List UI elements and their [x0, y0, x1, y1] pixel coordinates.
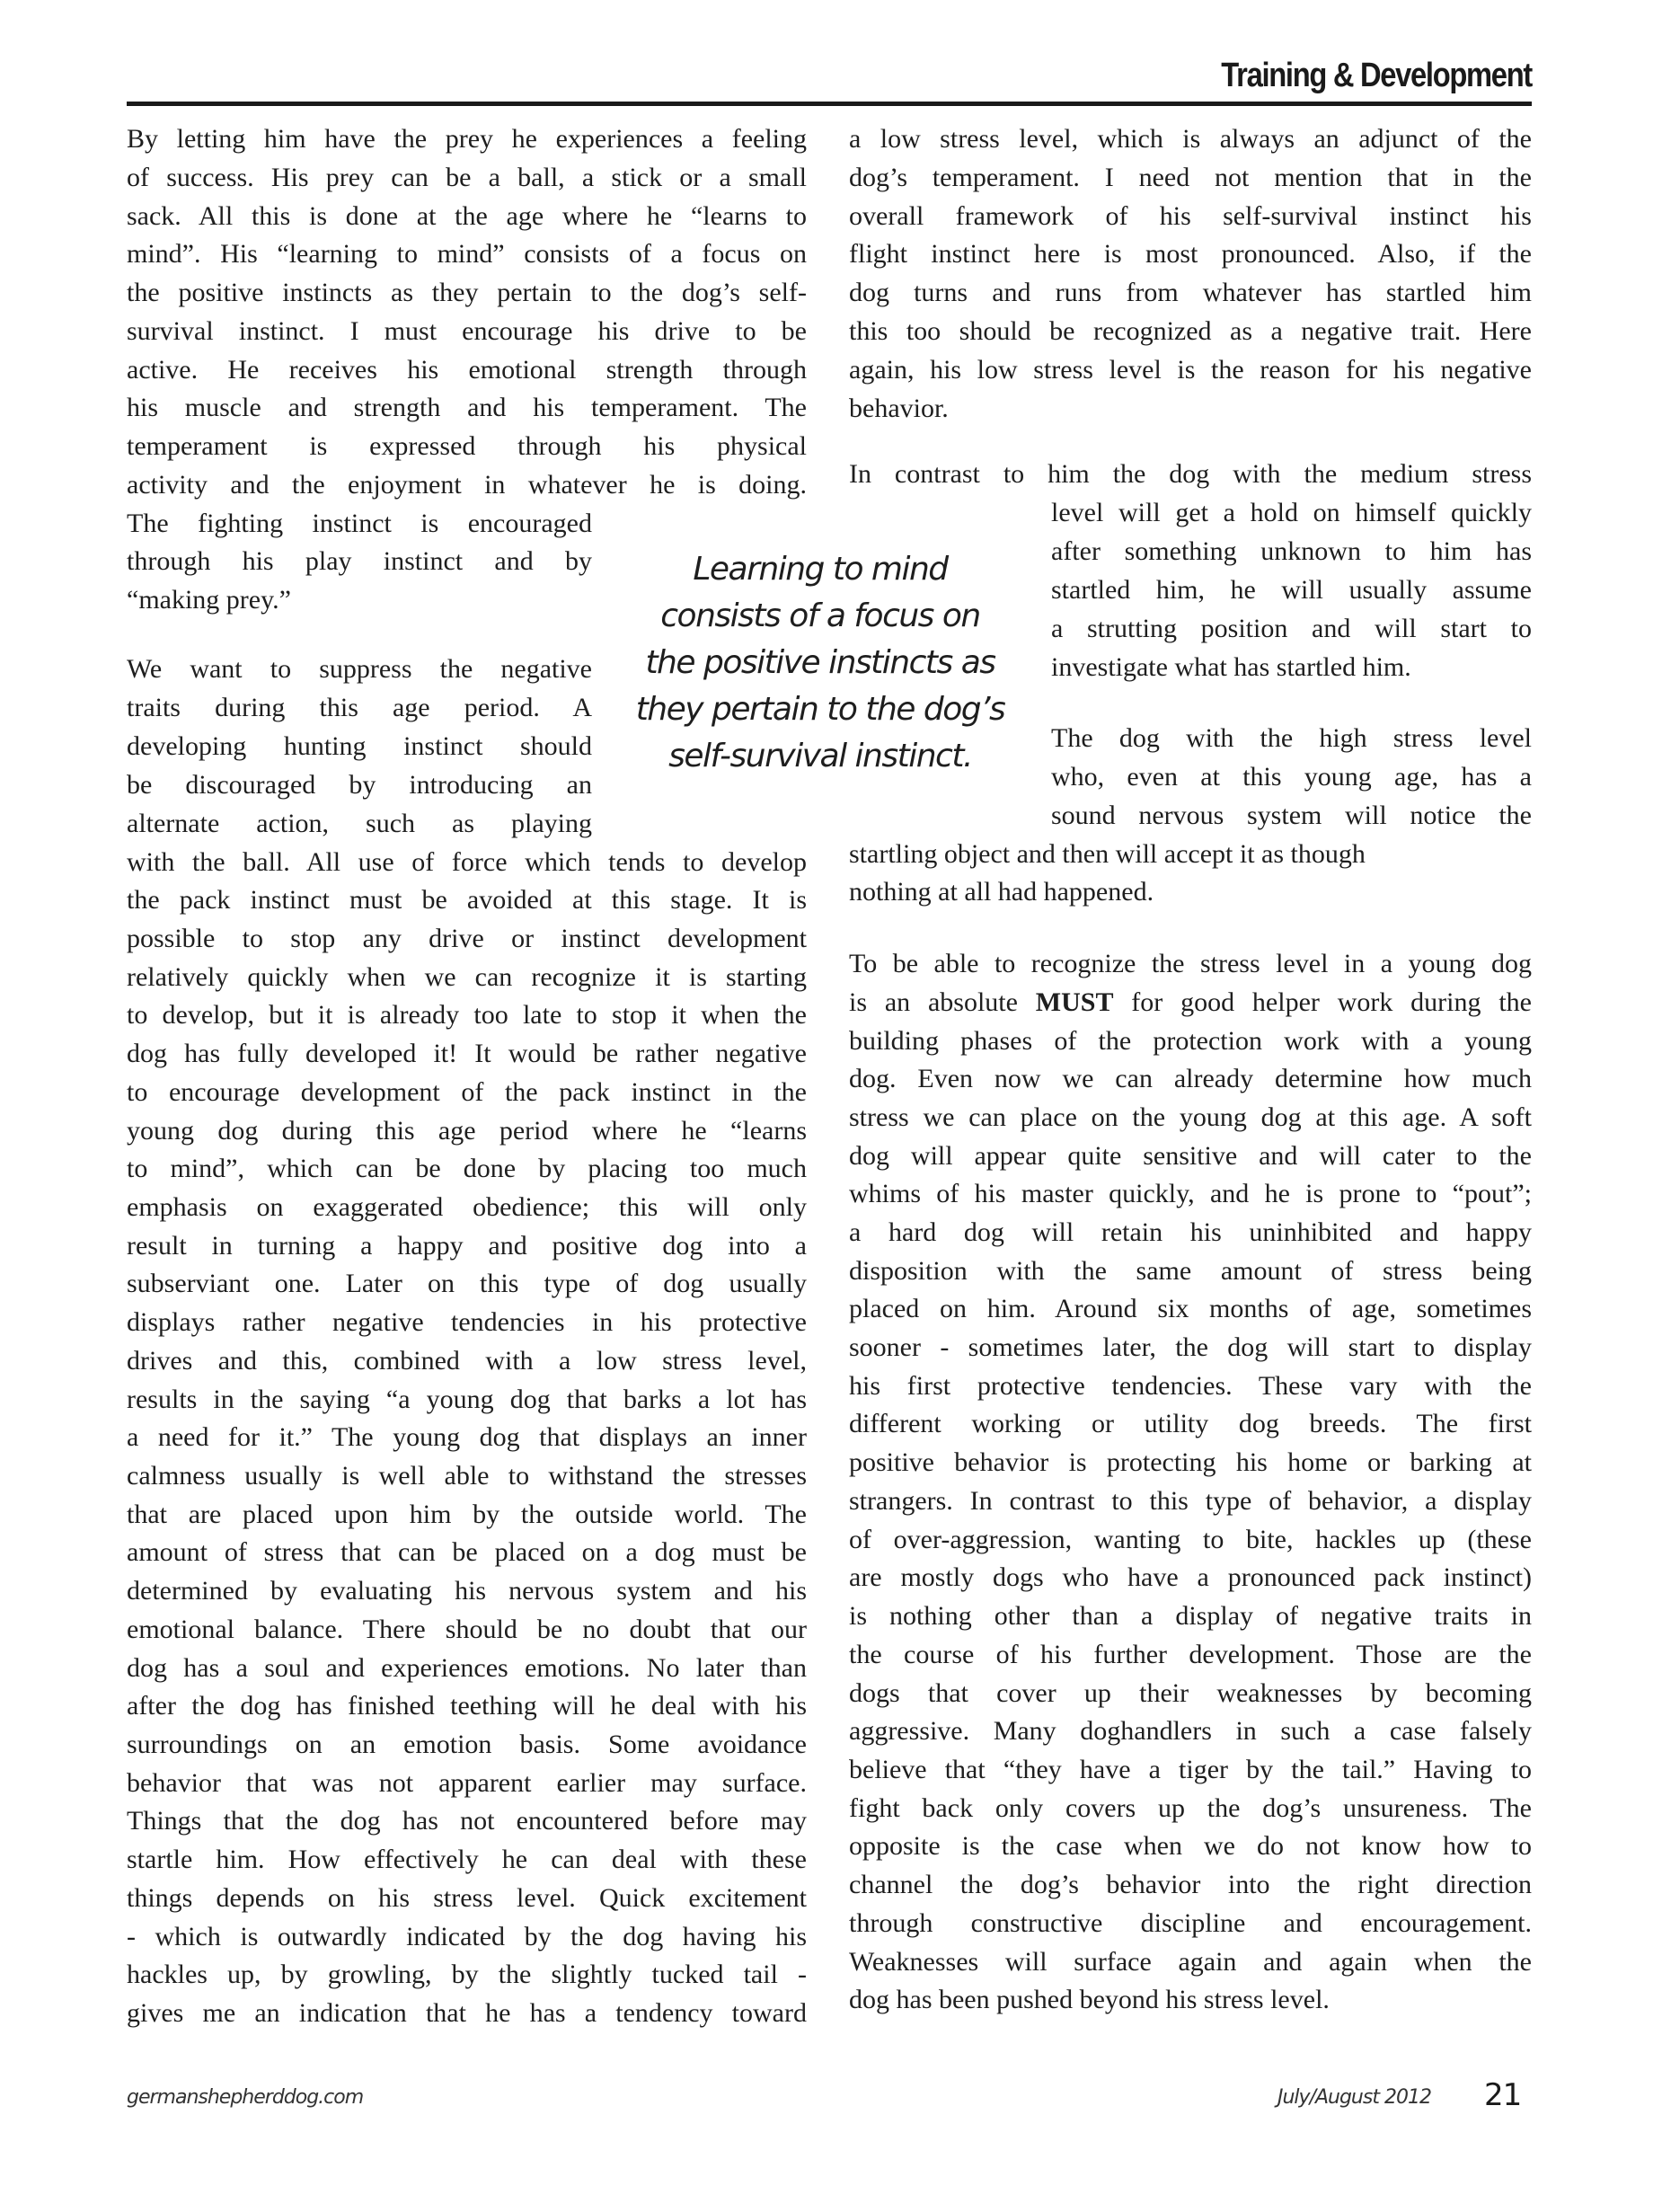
- text-line: Things that the dog has not encountered …: [127, 1802, 807, 1840]
- text-line: dog has fully developed it! It would be …: [127, 1035, 807, 1073]
- text-line: - which is outwardly indicated by the do…: [127, 1918, 807, 1956]
- text-line: of over-aggression, wanting to bite, hac…: [849, 1521, 1532, 1559]
- text-line: activity and the enjoyment in whatever h…: [127, 466, 807, 504]
- text-line: survival instinct. I must encourage his …: [127, 313, 807, 350]
- text-line: overall framework of his self-survival i…: [849, 198, 1532, 235]
- text-line: amount of stress that can be placed on a…: [127, 1534, 807, 1571]
- text-line: disposition with the same amount of stre…: [849, 1252, 1532, 1290]
- pull-quote-line: they pertain to the dog’s: [629, 686, 1012, 733]
- text-line: developing hunting instinct should: [127, 728, 592, 765]
- text-line: the course of his further development. T…: [849, 1636, 1532, 1674]
- text-line: strangers. In contrast to this type of b…: [849, 1482, 1532, 1520]
- text-line: sooner - sometimes later, the dog will s…: [849, 1329, 1532, 1367]
- text-line: is nothing other than a display of negat…: [849, 1597, 1532, 1635]
- text-line: who, even at this young age, has a: [1051, 758, 1532, 796]
- text-line: his first protective tendencies. These v…: [849, 1367, 1532, 1405]
- pull-quote-line: Learning to mind: [629, 546, 1012, 593]
- text-line: calmness usually is well able to withsta…: [127, 1457, 807, 1495]
- text-line: relatively quickly when we can recognize…: [127, 959, 807, 996]
- text-line: subserviant one. Later on this type of d…: [127, 1265, 807, 1303]
- text-line: possible to stop any drive or instinct d…: [127, 920, 807, 958]
- text-line: with the ball. All use of force which te…: [127, 844, 807, 881]
- text-line: opposite is the case when we do not know…: [849, 1827, 1532, 1865]
- text-line: By letting him have the prey he experien…: [127, 120, 807, 158]
- text-line: the positive instincts as they pertain t…: [127, 274, 807, 312]
- text-line: nothing at all had happened.: [849, 873, 1532, 911]
- text-line: flight instinct here is most pronounced.…: [849, 235, 1532, 273]
- text-line: drives and this, combined with a low str…: [127, 1342, 807, 1380]
- text-line: dog. Even now we can already determine h…: [849, 1060, 1532, 1098]
- text-line: stress we can place on the young dog at …: [849, 1099, 1532, 1137]
- text-line: aggressive. Many doghandlers in such a c…: [849, 1712, 1532, 1750]
- text-line: placed on him. Around six months of age,…: [849, 1290, 1532, 1328]
- footer-website: germanshepherddog.com: [127, 2086, 363, 2109]
- text-line: of success. His prey can be a ball, a st…: [127, 159, 807, 197]
- text-line: whims of his master quickly, and he is p…: [849, 1175, 1532, 1213]
- text-line: “making prey.”: [127, 581, 592, 619]
- text-line: building phases of the protection work w…: [849, 1022, 1532, 1060]
- text-line: behavior that was not apparent earlier m…: [127, 1765, 807, 1802]
- text-line: sound nervous system will notice the: [1051, 797, 1532, 835]
- text-line: a need for it.” The young dog that displ…: [127, 1419, 807, 1456]
- text-line: emphasis on exaggerated obedience; this …: [127, 1189, 807, 1226]
- text-line: We want to suppress the negative: [127, 650, 592, 688]
- text-line: is an absolute MUST for good helper work…: [849, 984, 1532, 1022]
- text-line: gives me an indication that he has a ten…: [127, 1995, 807, 2032]
- text-line: startled him, he will usually assume: [1051, 571, 1532, 609]
- text-line: a hard dog will retain his uninhibited a…: [849, 1214, 1532, 1252]
- text-line: again, his low stress level is the reaso…: [849, 351, 1532, 389]
- pull-quote-line: consists of a focus on: [629, 593, 1012, 640]
- text-line: emotional balance. There should be no do…: [127, 1611, 807, 1649]
- text-line: fight back only covers up the dog’s unsu…: [849, 1790, 1532, 1827]
- text-line: after something unknown to him has: [1051, 533, 1532, 571]
- text-line: this too should be recognized as a negat…: [849, 313, 1532, 350]
- text-line: dog will appear quite sensitive and will…: [849, 1137, 1532, 1175]
- text-line: dog turns and runs from whatever has sta…: [849, 274, 1532, 312]
- text-line: be discouraged by introducing an: [127, 766, 592, 804]
- text-line: a low stress level, which is always an a…: [849, 120, 1532, 158]
- text-line: startle him. How effectively he can deal…: [127, 1841, 807, 1879]
- text-line: a strutting position and will start to: [1051, 610, 1532, 648]
- text-line: sack. All this is done at the age where …: [127, 198, 807, 235]
- text-line: mind”. His “learning to mind” consists o…: [127, 235, 807, 273]
- text-line: result in turning a happy and positive d…: [127, 1227, 807, 1265]
- text-line: alternate action, such as playing: [127, 805, 592, 843]
- text-line: results in the saying “a young dog that …: [127, 1381, 807, 1419]
- text-line: young dog during this age period where h…: [127, 1112, 807, 1150]
- emphasis-text: MUST: [1036, 987, 1114, 1017]
- text-line: are mostly dogs who have a pronounced pa…: [849, 1559, 1532, 1597]
- header-rule: [127, 102, 1532, 106]
- text-line: dog has been pushed beyond his stress le…: [849, 1981, 1532, 2019]
- pull-quote-line: self-survival instinct.: [629, 733, 1012, 780]
- text-line: to develop, but it is already too late t…: [127, 996, 807, 1034]
- pull-quote-line: the positive instincts as: [629, 640, 1012, 686]
- page-number: 21: [1484, 2077, 1521, 2113]
- text-line: To be able to recognize the stress level…: [849, 945, 1532, 983]
- text-line: temperament is expressed through his phy…: [127, 428, 807, 465]
- text-line: different working or utility dog breeds.…: [849, 1405, 1532, 1443]
- text-line: traits during this age period. A: [127, 689, 592, 727]
- text-line: surroundings on an emotion basis. Some a…: [127, 1726, 807, 1764]
- text-line: In contrast to him the dog with the medi…: [849, 456, 1532, 493]
- text-line: the pack instinct must be avoided at thi…: [127, 881, 807, 919]
- footer-issue-date: July/August 2012: [1277, 2086, 1431, 2109]
- text-line: dogs that cover up their weaknesses by b…: [849, 1675, 1532, 1712]
- text-line: to encourage development of the pack ins…: [127, 1074, 807, 1111]
- text-line: displays rather negative tendencies in h…: [127, 1304, 807, 1341]
- text-line: believe that “they have a tiger by the t…: [849, 1751, 1532, 1789]
- text-line: things depends on his stress level. Quic…: [127, 1880, 807, 1917]
- text-line: hackles up, by growling, by the slightly…: [127, 1956, 807, 1994]
- pull-quote: Learning to mind consists of a focus on …: [629, 546, 1012, 780]
- text-line: active. He receives his emotional streng…: [127, 351, 807, 389]
- text-line: level will get a hold on himself quickly: [1051, 494, 1532, 532]
- text-line: The dog with the high stress level: [1051, 720, 1532, 757]
- text-line: channel the dog’s behavior into the righ…: [849, 1866, 1532, 1904]
- text-line: his muscle and strength and his temperam…: [127, 389, 807, 427]
- text-line: determined by evaluating his nervous sys…: [127, 1572, 807, 1610]
- text-line: startling object and then will accept it…: [849, 836, 1532, 873]
- text-line: The fighting instinct is encouraged: [127, 505, 592, 543]
- text-line: dog’s temperament. I need not mention th…: [849, 159, 1532, 197]
- text-line: positive behavior is protecting his home…: [849, 1444, 1532, 1482]
- section-title: Training & Development: [1221, 54, 1532, 97]
- text-line: that are placed upon him by the outside …: [127, 1496, 807, 1534]
- text-line: after the dog has finished teething will…: [127, 1687, 807, 1725]
- text-line: behavior.: [849, 390, 1532, 428]
- text-line: through his play instinct and by: [127, 543, 592, 580]
- text-line: dog has a soul and experiences emotions.…: [127, 1650, 807, 1687]
- text-line: through constructive discipline and enco…: [849, 1905, 1532, 1942]
- text-line: Weaknesses will surface again and again …: [849, 1943, 1532, 1981]
- magazine-page: Training & Development By letting him ha…: [0, 0, 1662, 2212]
- text-line: to mind”, which can be done by placing t…: [127, 1150, 807, 1188]
- text-line: investigate what has startled him.: [1051, 649, 1532, 686]
